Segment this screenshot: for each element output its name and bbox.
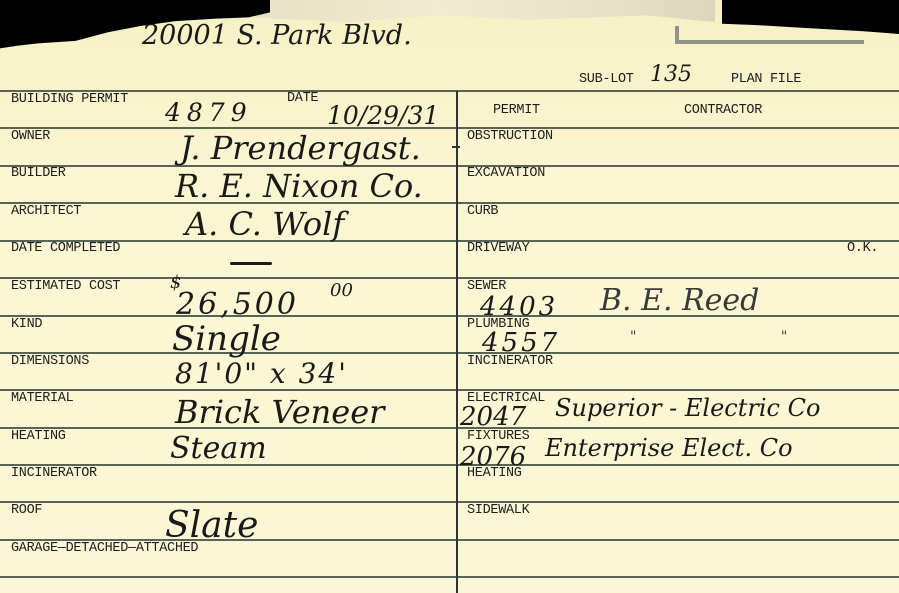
divider-tick bbox=[452, 146, 460, 148]
rule bbox=[0, 352, 899, 354]
rule bbox=[0, 576, 899, 578]
incinerator-label: INCINERATOR bbox=[11, 467, 97, 481]
estimated-cost-value: 26,500 bbox=[176, 290, 299, 320]
heating-label: HEATING bbox=[11, 430, 66, 444]
rule bbox=[0, 464, 899, 466]
electrical-contractor: Superior - Electric Co bbox=[555, 396, 820, 420]
rule bbox=[0, 240, 899, 242]
kind-label: KIND bbox=[11, 318, 42, 332]
roof-label: ROOF bbox=[11, 504, 42, 518]
date-label: DATE bbox=[287, 92, 318, 106]
sub-lot-value: 135 bbox=[650, 64, 692, 86]
permit-number: 4879 bbox=[165, 100, 253, 125]
builder-value: R. E. Nixon Co. bbox=[175, 170, 423, 202]
sewer-contractor: B. E. Reed bbox=[600, 286, 759, 316]
fixtures-contractor: Enterprise Elect. Co bbox=[545, 436, 793, 460]
rule bbox=[0, 427, 899, 429]
stamp-mark bbox=[675, 26, 864, 44]
permit-header: PERMIT bbox=[493, 104, 540, 118]
obstruction-label: OBSTRUCTION bbox=[467, 130, 553, 144]
sidewalk-label: SIDEWALK bbox=[467, 504, 529, 518]
contractor-header: CONTRACTOR bbox=[684, 104, 762, 118]
permit-card: 20001 S. Park Blvd. SUB-LOT 135 PLAN FIL… bbox=[0, 0, 899, 593]
plumbing-permit: 4557 bbox=[482, 330, 560, 356]
plan-file-label: PLAN FILE bbox=[731, 73, 801, 87]
material-value: Brick Veneer bbox=[175, 396, 384, 428]
rule bbox=[0, 501, 899, 503]
address: 20001 S. Park Blvd. bbox=[142, 22, 412, 49]
rule bbox=[0, 277, 899, 279]
estimated-cost-label: ESTIMATED COST bbox=[11, 280, 120, 294]
garage-label: GARAGE—DETACHED—ATTACHED bbox=[11, 542, 198, 556]
date-value: 10/29/31 bbox=[327, 103, 439, 128]
dimensions-label: DIMENSIONS bbox=[11, 355, 89, 369]
sub-lot-label: SUB-LOT bbox=[579, 73, 634, 87]
driveway-label: DRIVEWAY bbox=[467, 242, 529, 256]
rule bbox=[0, 127, 899, 129]
heating-right-label: HEATING bbox=[467, 467, 522, 481]
plumbing-contractor: " " bbox=[630, 330, 857, 344]
rule bbox=[0, 165, 899, 167]
roof-value: Slate bbox=[165, 508, 258, 544]
incinerator-right-label: INCINERATOR bbox=[467, 355, 553, 369]
rule bbox=[0, 202, 899, 204]
dimensions-value: 81'0" x 34' bbox=[175, 360, 348, 388]
heating-value: Steam bbox=[170, 434, 267, 464]
architect-value: A. C. Wolf bbox=[185, 208, 344, 240]
electrical-permit: 2047 bbox=[460, 404, 526, 430]
builder-label: BUILDER bbox=[11, 167, 66, 181]
torn-edge-mid bbox=[255, 0, 715, 22]
owner-label: OWNER bbox=[11, 130, 50, 144]
column-divider bbox=[456, 91, 458, 593]
driveway-contractor: O.K. bbox=[847, 242, 878, 256]
rule bbox=[0, 90, 899, 92]
date-completed-dash bbox=[230, 262, 272, 265]
kind-value: Single bbox=[172, 322, 281, 356]
rule bbox=[0, 315, 899, 317]
estimated-cost-cents: 00 bbox=[330, 282, 353, 300]
excavation-label: EXCAVATION bbox=[467, 167, 545, 181]
architect-label: ARCHITECT bbox=[11, 205, 81, 219]
rule bbox=[0, 389, 899, 391]
date-completed-label: DATE COMPLETED bbox=[11, 242, 120, 256]
owner-value: J. Prendergast. bbox=[180, 132, 421, 164]
curb-label: CURB bbox=[467, 205, 498, 219]
building-permit-label: BUILDING PERMIT bbox=[11, 93, 128, 107]
material-label: MATERIAL bbox=[11, 392, 73, 406]
